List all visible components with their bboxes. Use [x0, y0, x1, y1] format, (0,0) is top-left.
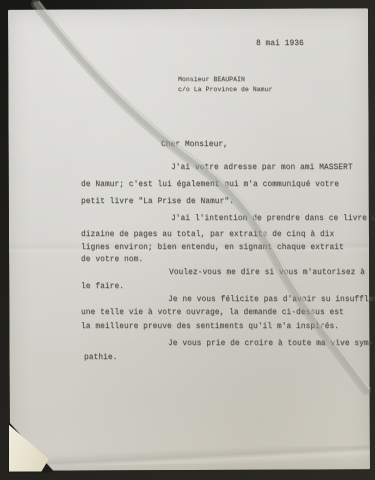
recipient-address: c/o La Province de Namur: [178, 86, 272, 93]
date-line: 8 mai 1936: [256, 40, 304, 48]
recipient-name: Monsieur BEAUPAIN: [178, 76, 245, 83]
letter-line: Je vous prie de croire à toute ma vive s…: [168, 340, 374, 348]
folded-corner-flap: [9, 424, 51, 472]
letter-line: lignes environ; bien entendu, en signant…: [81, 244, 344, 252]
letter-line: de votre nom.: [81, 256, 143, 264]
letter-line: une telle vie à votre ouvrage, la demand…: [81, 309, 344, 317]
letter-line: Voulez-vous me dire si vous m'autorisez …: [169, 269, 365, 277]
letter-line: J'ai votre adresse par mon ami MASSERT: [171, 164, 353, 172]
letter-line: de Namur; c'est lui également qui m'a co…: [81, 181, 339, 189]
salutation: Cher Monsieur,: [161, 141, 228, 149]
bottom-wrinkle: [10, 445, 370, 466]
scanned-letter-photo: 8 mai 1936 Monsieur BEAUPAIN c/o La Prov…: [0, 0, 375, 480]
letter-line: dizaine de pages au total, par extraits …: [81, 231, 334, 239]
letter-line: Je ne vous félicite pas d'avoir su insuf…: [168, 296, 375, 304]
letter-line: pathie.: [84, 354, 117, 362]
letter-line: la meilleure preuve des sentiments qu'il…: [81, 323, 339, 331]
letter-line: petit livre "La Prise de Namur".: [81, 198, 234, 206]
letter-line: le faire.: [81, 283, 124, 291]
letter-line: J'ai l'intention de prendre dans ce livr…: [171, 215, 375, 223]
